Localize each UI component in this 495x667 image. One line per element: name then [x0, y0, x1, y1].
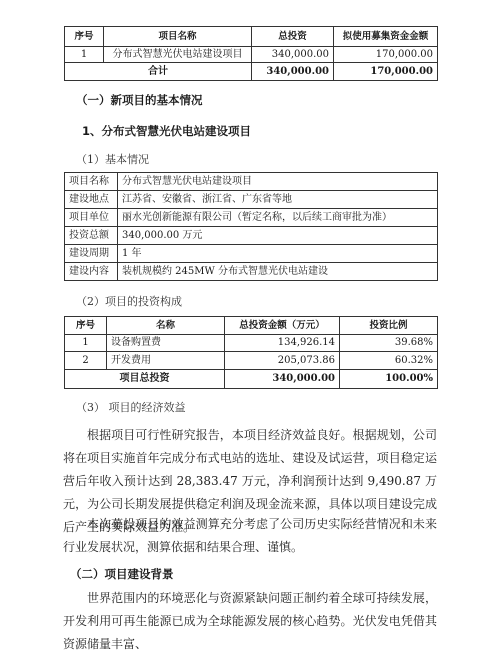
paragraph-text: 世界范围内的环境恶化与资源紧缺问题正制约着全球可持续发展，开发利用可再生能源已成… [63, 587, 437, 656]
value-location: 江苏省、安徽省、浙江省、广东省等地 [118, 191, 438, 209]
table-row: 项目单位 丽水光创新能源有限公司（暂定名称，以后续工商审批为准） [65, 209, 438, 227]
total-ratio: 100.00% [340, 370, 438, 389]
background-paragraph: 世界范围内的环境恶化与资源紧缺问题正制约着全球可持续发展，开发利用可再生能源已成… [63, 587, 437, 656]
total-amount: 340,000.00 [225, 370, 340, 389]
table-row: 项目名称 分布式智慧光伏电站建设项目 [65, 173, 438, 191]
header-ratio: 投资比例 [340, 317, 438, 335]
subheading-basic-info: （1）基本情况 [76, 151, 149, 167]
section-heading-1: （一）新项目的基本情况 [76, 92, 203, 108]
header-no: 序号 [65, 317, 107, 335]
total-investment: 340,000.00 [252, 63, 334, 81]
label-total-investment: 投资总额 [65, 227, 118, 245]
table-row: 建设地点 江苏省、安徽省、浙江省、广东省等地 [65, 191, 438, 209]
table-row: 投资总额 340,000.00 万元 [65, 227, 438, 245]
header-no: 序号 [65, 27, 104, 47]
value-period: 1 年 [118, 245, 438, 263]
cell-amount: 205,073.86 [225, 352, 340, 370]
project-heading: 1、分布式智慧光伏电站建设项目 [82, 123, 251, 139]
table-row: 1 分布式智慧光伏电站建设项目 340,000.00 170,000.00 [65, 47, 438, 63]
cell-name: 设备购置费 [107, 335, 225, 352]
subheading-investment: （2）项目的投资构成 [76, 293, 182, 309]
paragraph-text: 本次募投项目的效益测算充分考虑了公司历史实际经营情况和未来行业发展状况，测算依据… [63, 513, 437, 559]
total-row: 项目总投资 340,000.00 100.00% [65, 370, 438, 389]
cell-total: 340,000.00 [252, 47, 334, 63]
cell-raised: 170,000.00 [334, 47, 438, 63]
investment-table-header: 序号 名称 总投资金额（万元） 投资比例 [65, 317, 438, 335]
value-content: 装机规模约 245MW 分布式智慧光伏电站建设 [118, 263, 438, 281]
cell-name: 开发费用 [107, 352, 225, 370]
value-project-name: 分布式智慧光伏电站建设项目 [118, 173, 438, 191]
total-raised: 170,000.00 [334, 63, 438, 81]
header-name: 名称 [107, 317, 225, 335]
header-project-name: 项目名称 [104, 27, 252, 47]
label-content: 建设内容 [65, 263, 118, 281]
value-unit: 丽水光创新能源有限公司（暂定名称，以后续工商审批为准） [118, 209, 438, 227]
cell-project-name: 分布式智慧光伏电站建设项目 [104, 47, 252, 63]
cell-amount: 134,926.14 [225, 335, 340, 352]
investment-table: 序号 名称 总投资金额（万元） 投资比例 1 设备购置费 134,926.14 … [64, 316, 438, 389]
total-label: 项目总投资 [65, 370, 225, 389]
cell-no: 1 [65, 47, 104, 63]
cell-no: 1 [65, 335, 107, 352]
cell-ratio: 60.32% [340, 352, 438, 370]
value-total-investment: 340,000.00 万元 [118, 227, 438, 245]
cell-ratio: 39.68% [340, 335, 438, 352]
cell-no: 2 [65, 352, 107, 370]
summary-table-header: 序号 项目名称 总投资 拟使用募集资金金额 [65, 27, 438, 47]
summary-table: 序号 项目名称 总投资 拟使用募集资金金额 1 分布式智慧光伏电站建设项目 34… [64, 26, 438, 81]
label-project-name: 项目名称 [65, 173, 118, 191]
label-unit: 项目单位 [65, 209, 118, 227]
estimation-paragraph: 本次募投项目的效益测算充分考虑了公司历史实际经营情况和未来行业发展状况，测算依据… [63, 513, 437, 559]
section-heading-2: （二）项目建设背景 [70, 566, 174, 582]
subheading-economic-benefit: （3） 项目的经济效益 [76, 399, 186, 415]
header-amount: 总投资金额（万元） [225, 317, 340, 335]
total-row: 合计 340,000.00 170,000.00 [65, 63, 438, 81]
header-total-investment: 总投资 [252, 27, 334, 47]
table-row: 1 设备购置费 134,926.14 39.68% [65, 335, 438, 352]
label-location: 建设地点 [65, 191, 118, 209]
basic-info-table: 项目名称 分布式智慧光伏电站建设项目 建设地点 江苏省、安徽省、浙江省、广东省等… [64, 172, 438, 281]
table-row: 建设内容 装机规模约 245MW 分布式智慧光伏电站建设 [65, 263, 438, 281]
table-row: 建设周期 1 年 [65, 245, 438, 263]
label-period: 建设周期 [65, 245, 118, 263]
table-row: 2 开发费用 205,073.86 60.32% [65, 352, 438, 370]
header-raised-funds: 拟使用募集资金金额 [334, 27, 438, 47]
total-label: 合计 [65, 63, 252, 81]
